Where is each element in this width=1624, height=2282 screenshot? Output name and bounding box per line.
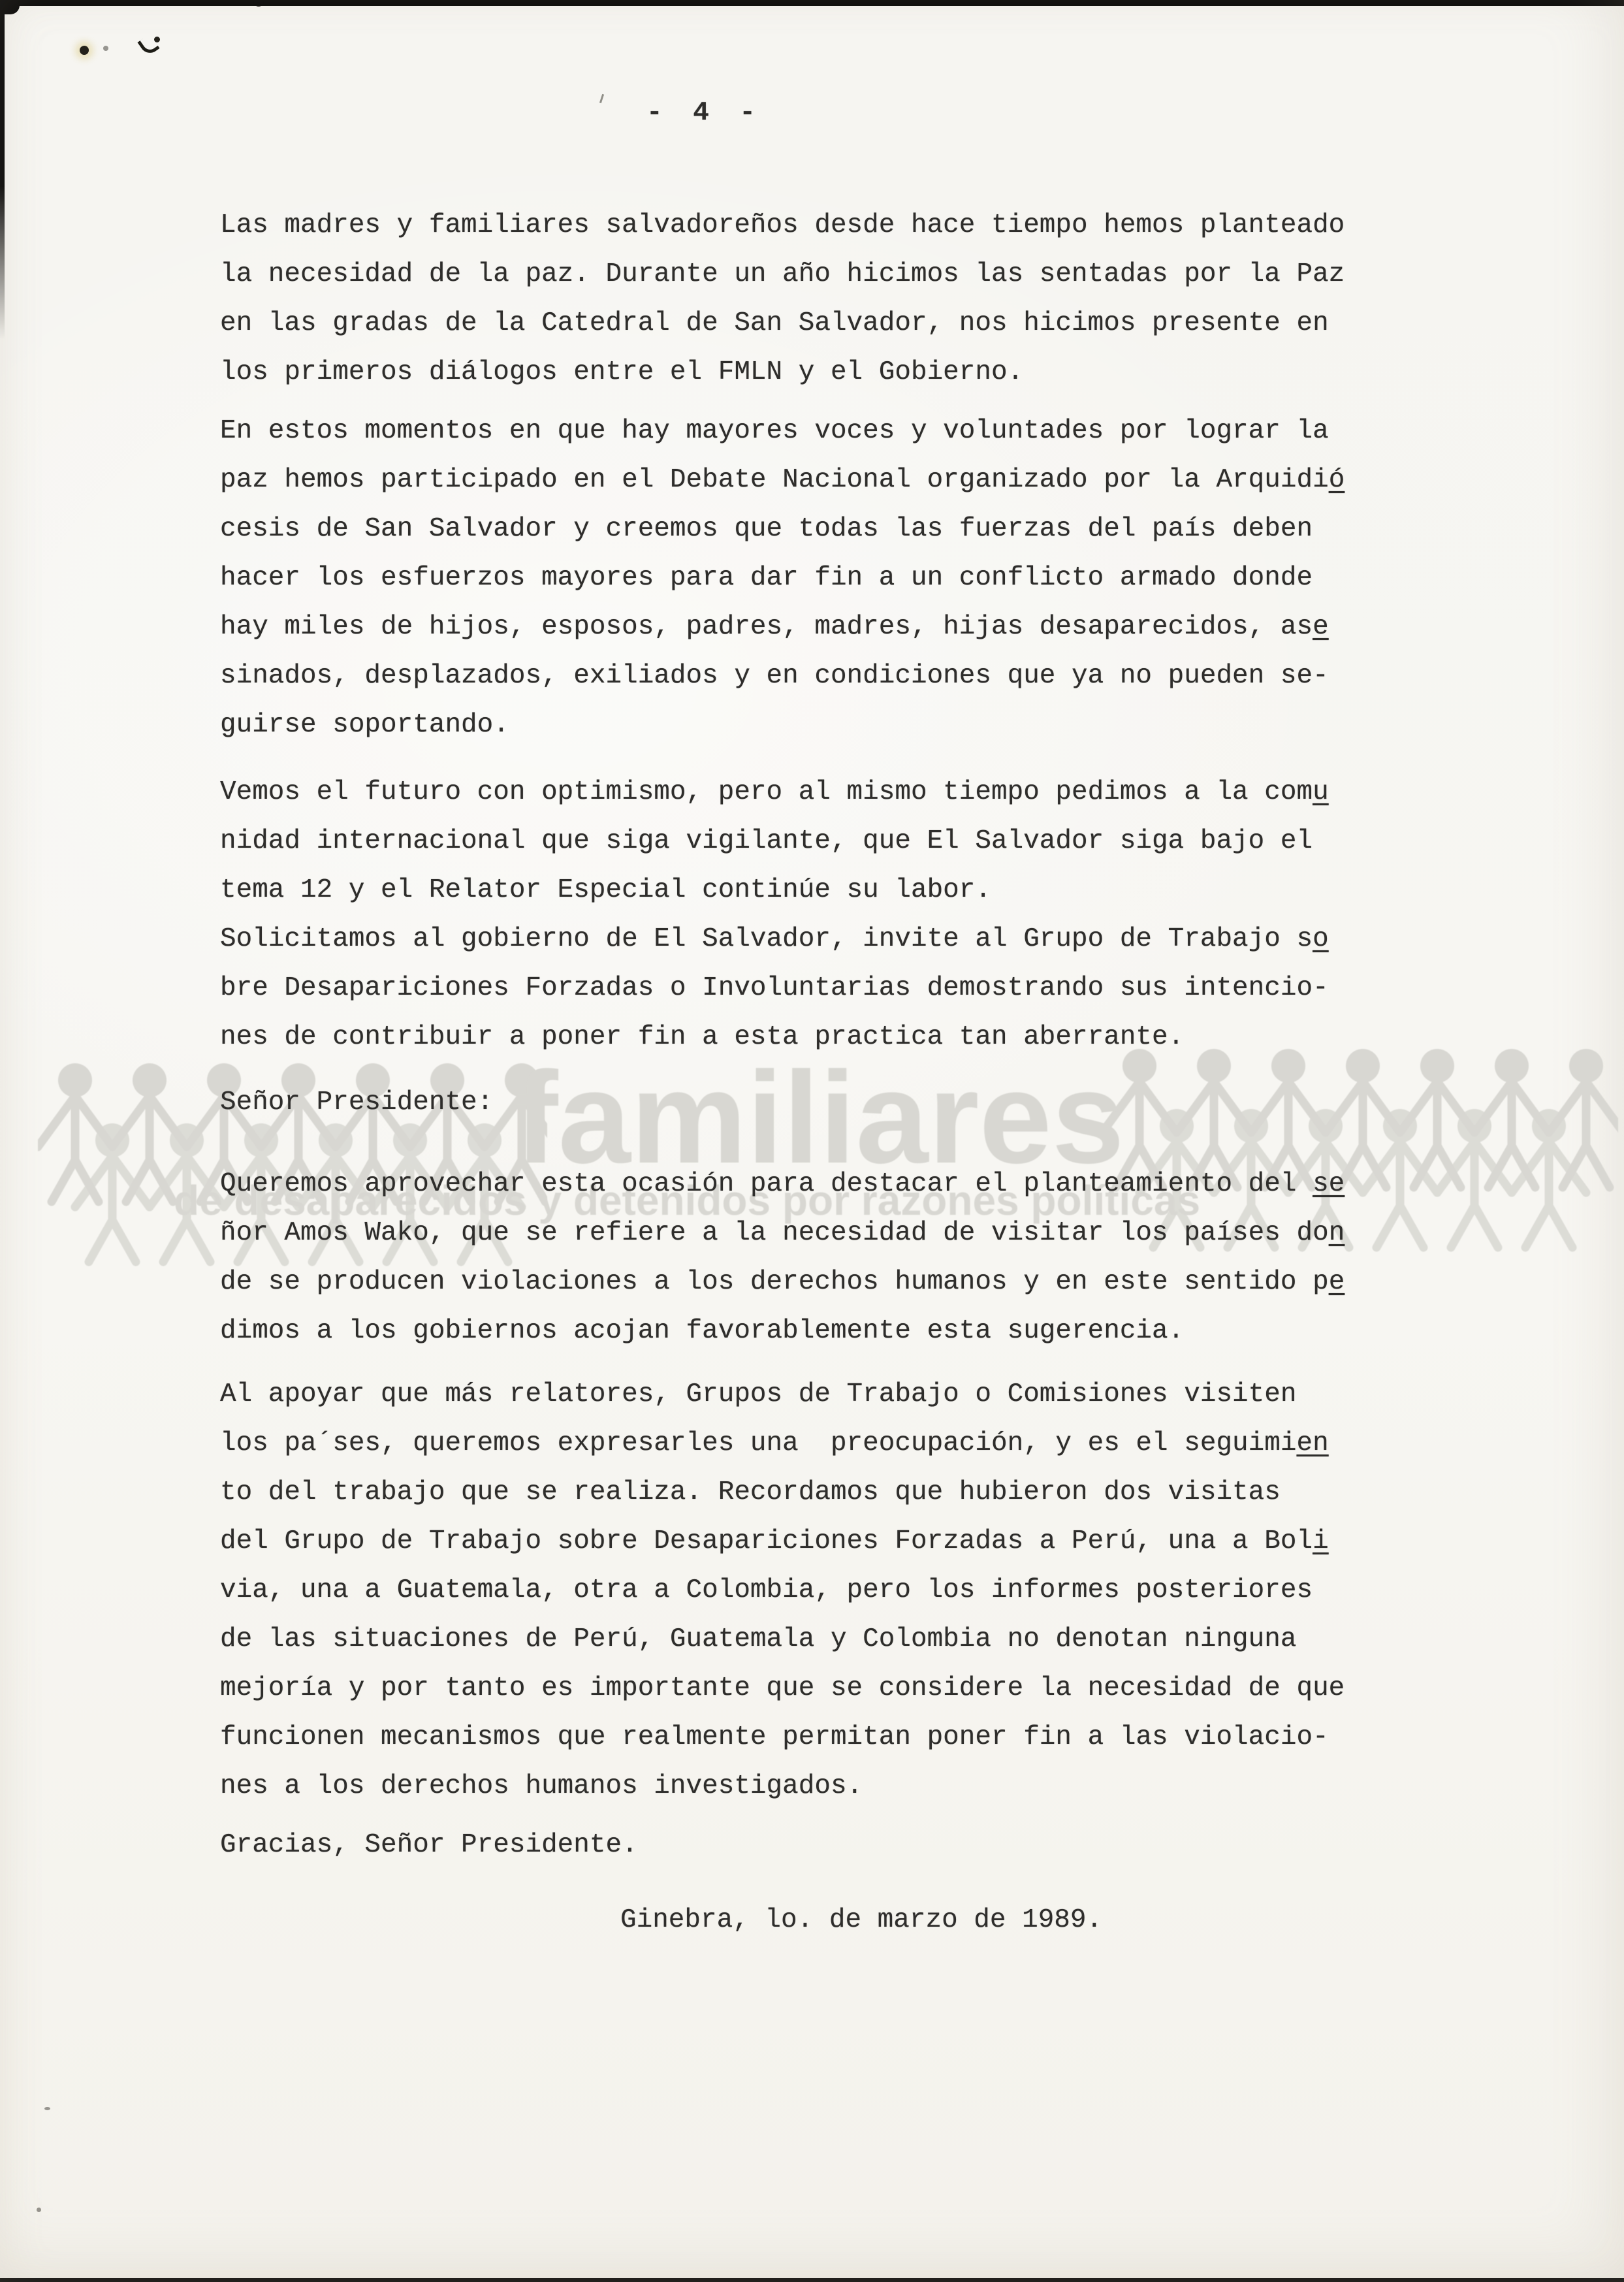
document-line: hacer los esfuerzos mayores para dar fin…	[220, 554, 1409, 603]
paragraph: Señor Presidente:	[220, 1078, 1409, 1127]
document-line: Gracias, Señor Presidente.	[220, 1821, 1409, 1870]
document-line: Al apoyar que más relatores, Grupos de T…	[220, 1370, 1409, 1419]
scan-edge-left	[0, 0, 5, 340]
paragraph: Ginebra, lo. de marzo de 1989.	[220, 1896, 1409, 1945]
document-line: dimos a los gobiernos acojan favorableme…	[220, 1307, 1409, 1356]
text-flow: Las madres y familiares salvadoreños des…	[220, 201, 1409, 1945]
syllable-continuation-underline: en	[1296, 1428, 1328, 1458]
ink-speck	[103, 46, 108, 51]
ink-speck	[599, 94, 604, 103]
document-line: nes de contribuir a poner fin a esta pra…	[220, 1013, 1409, 1062]
syllable-continuation-underline: n	[1329, 1218, 1345, 1248]
document-line: Queremos aprovechar esta ocasión para de…	[220, 1160, 1409, 1209]
document-line: hay miles de hijos, esposos, padres, mad…	[220, 603, 1409, 652]
document-line: to del trabajo que se realiza. Recordamo…	[220, 1468, 1409, 1517]
ink-speck	[37, 2208, 41, 2212]
paragraph: En estos momentos en que hay mayores voc…	[220, 407, 1409, 750]
document-line: via, una a Guatemala, otra a Colombia, p…	[220, 1566, 1409, 1615]
document-line: tema 12 y el Relator Especial continúe s…	[220, 866, 1409, 915]
document-line: nidad internacional que siga vigilante, …	[220, 817, 1409, 866]
syllable-continuation-underline: u	[1313, 777, 1329, 807]
paragraph: Las madres y familiares salvadoreños des…	[220, 201, 1409, 397]
document-line: de las situaciones de Perú, Guatemala y …	[220, 1615, 1409, 1664]
syllable-continuation-underline: i	[1313, 1526, 1329, 1556]
syllable-continuation-underline: o	[1313, 924, 1329, 954]
document-page: familiares de desaparecidos y detenidos …	[0, 0, 1624, 2282]
document-line: mejoría y por tanto es importante que se…	[220, 1664, 1409, 1713]
syllable-continuation-underline: ó	[1329, 465, 1345, 495]
paragraph: Gracias, Señor Presidente.	[220, 1821, 1409, 1870]
paragraph: Al apoyar que más relatores, Grupos de T…	[220, 1370, 1409, 1811]
document-line: En estos momentos en que hay mayores voc…	[220, 407, 1409, 456]
document-line: del Grupo de Trabajo sobre Desaparicione…	[220, 1517, 1409, 1566]
document-line: Vemos el futuro con optimismo, pero al m…	[220, 768, 1409, 817]
ink-speck	[80, 46, 89, 55]
document-line: en las gradas de la Catedral de San Salv…	[220, 299, 1409, 348]
scan-edge-top	[0, 0, 1624, 6]
syllable-continuation-underline: e	[1313, 612, 1329, 642]
document-line: de se producen violaciones a los derecho…	[220, 1258, 1409, 1307]
document-line: funcionen mecanismos que realmente permi…	[220, 1713, 1409, 1762]
ink-speck	[154, 37, 160, 42]
page-number: - 4 -	[646, 98, 763, 128]
paragraph: Queremos aprovechar esta ocasión para de…	[220, 1160, 1409, 1356]
syllable-continuation-underline: se	[1313, 1169, 1345, 1199]
ink-speck	[44, 2107, 50, 2110]
document-line: Señor Presidente:	[220, 1078, 1409, 1127]
paragraph: Vemos el futuro con optimismo, pero al m…	[220, 768, 1409, 1062]
document-line: los pa´ses, queremos expresarles una pre…	[220, 1419, 1409, 1468]
document-line: la necesidad de la paz. Durante un año h…	[220, 250, 1409, 299]
document-line: cesis de San Salvador y creemos que toda…	[220, 505, 1409, 554]
document-line: Ginebra, lo. de marzo de 1989.	[620, 1896, 1409, 1945]
document-line: paz hemos participado en el Debate Nacio…	[220, 456, 1409, 505]
document-line: guirse soportando.	[220, 701, 1409, 750]
document-line: nes a los derechos humanos investigados.	[220, 1762, 1409, 1811]
document-line: bre Desapariciones Forzadas o Involuntar…	[220, 964, 1409, 1013]
syllable-continuation-underline: e	[1329, 1267, 1345, 1297]
document-line: los primeros diálogos entre el FMLN y el…	[220, 348, 1409, 397]
document-line: Las madres y familiares salvadoreños des…	[220, 201, 1409, 250]
document-line: sinados, desplazados, exiliados y en con…	[220, 652, 1409, 701]
document-line: Solicitamos al gobierno de El Salvador, …	[220, 915, 1409, 964]
document-line: ñor Amos Wako, que se refiere a la neces…	[220, 1209, 1409, 1258]
scan-edge-bottom	[0, 2278, 1624, 2282]
